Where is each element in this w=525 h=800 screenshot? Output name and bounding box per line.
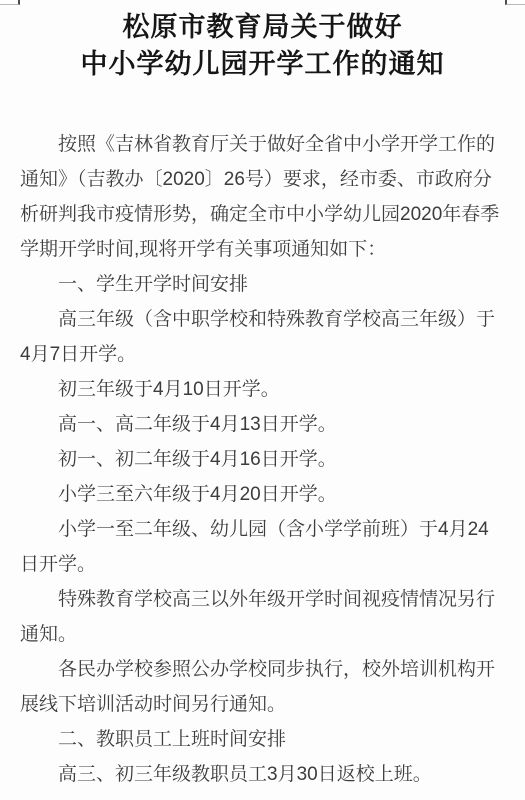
notice-paragraph: 高三、初三年级教职员工3月30日返校上班。 — [20, 757, 505, 792]
notice-paragraph: 初三年级于4月10日开学。 — [20, 372, 505, 407]
notice-paragraph: 高三年级（含中职学校和特殊教育学校高三年级）于4月7日开学。 — [20, 302, 505, 372]
notice-paragraph: 高一、高二年级于4月13日开学。 — [20, 407, 505, 442]
notice-section-heading-1: 一、学生开学时间安排 — [20, 267, 505, 302]
top-left-corner-mark — [0, 0, 20, 5]
notice-title: 松原市教育局关于做好 中小学幼儿园开学工作的通知 — [0, 0, 525, 83]
notice-body: 按照《吉林省教育厅关于做好全省中小学开学工作的通知》（吉教办〔2020〕26号）… — [0, 127, 525, 792]
notice-title-line-2: 中小学幼儿园开学工作的通知 — [0, 46, 525, 83]
notice-paragraph-intro: 按照《吉林省教育厅关于做好全省中小学开学工作的通知》（吉教办〔2020〕26号）… — [20, 127, 505, 267]
notice-paragraph: 特殊教育学校高三以外年级开学时间视疫情情况另行通知。 — [20, 582, 505, 652]
notice-paragraph: 各民办学校参照公办学校同步执行，校外培训机构开展线下培训活动时间另行通知。 — [20, 652, 505, 722]
notice-paragraph: 初一、初二年级于4月16日开学。 — [20, 442, 505, 477]
notice-title-line-1: 松原市教育局关于做好 — [0, 9, 525, 46]
top-right-corner-mark — [505, 0, 525, 5]
notice-paragraph: 小学一至二年级、幼儿园（含小学学前班）于4月24日开学。 — [20, 512, 505, 582]
notice-paragraph: 小学三至六年级于4月20日开学。 — [20, 477, 505, 512]
notice-section-heading-2: 二、教职员工上班时间安排 — [20, 722, 505, 757]
notice-page: 松原市教育局关于做好 中小学幼儿园开学工作的通知 按照《吉林省教育厅关于做好全省… — [0, 0, 525, 800]
